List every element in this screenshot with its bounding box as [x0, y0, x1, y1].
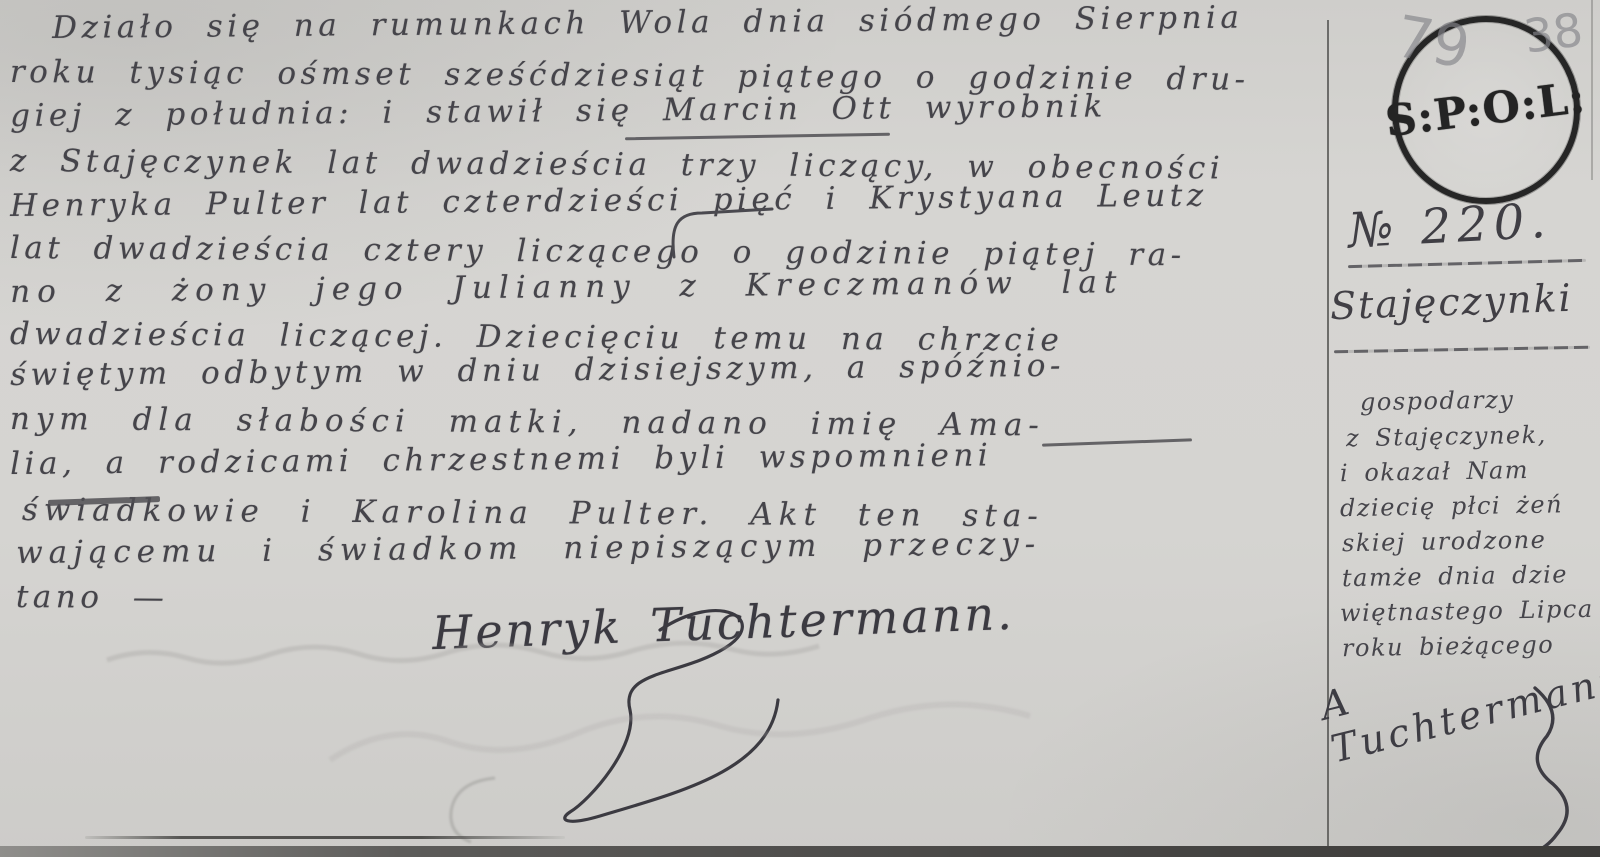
page-right-edge-line	[1591, 0, 1593, 180]
underline-record-number	[1348, 259, 1586, 268]
margin-note-line: z Stajęczynek,	[1346, 420, 1600, 452]
margin-signature-flourish	[1495, 688, 1600, 857]
margin-note-line: dziecię płci żeń	[1340, 490, 1596, 522]
stamp-label: S:P:O:L:	[1383, 73, 1589, 147]
margin-heading-place: Stajęczynki	[1329, 276, 1573, 328]
record-number: № 220.	[1347, 193, 1553, 260]
bleedthrough-ghost-line	[105, 640, 825, 680]
pencil-annotation-right: 38	[1521, 2, 1586, 64]
underline-marcin-ott	[625, 133, 890, 141]
pencil-annotation-left: 79	[1391, 2, 1475, 82]
margin-note-line: więtnastego Lipca	[1340, 595, 1596, 627]
underline-heading	[1334, 346, 1590, 353]
margin-note-line: skiej urodzone	[1342, 525, 1598, 557]
insertion-mark	[668, 205, 778, 265]
bleedthrough-ghost-flourish	[320, 700, 1140, 780]
page-fold-line	[85, 836, 565, 839]
margin-note-line: tamże dnia dzie	[1342, 560, 1598, 592]
margin-note-line: i okazał Nam	[1340, 455, 1596, 487]
scanned-document-page: Działo się na rumunkach Wola dnia siódme…	[0, 0, 1600, 857]
margin-note-line: gospodarzy	[1360, 384, 1600, 416]
page-bottom-edge	[0, 846, 1600, 857]
act-text-line: Działo się na rumunkach Wola dnia siódme…	[52, 0, 1367, 48]
